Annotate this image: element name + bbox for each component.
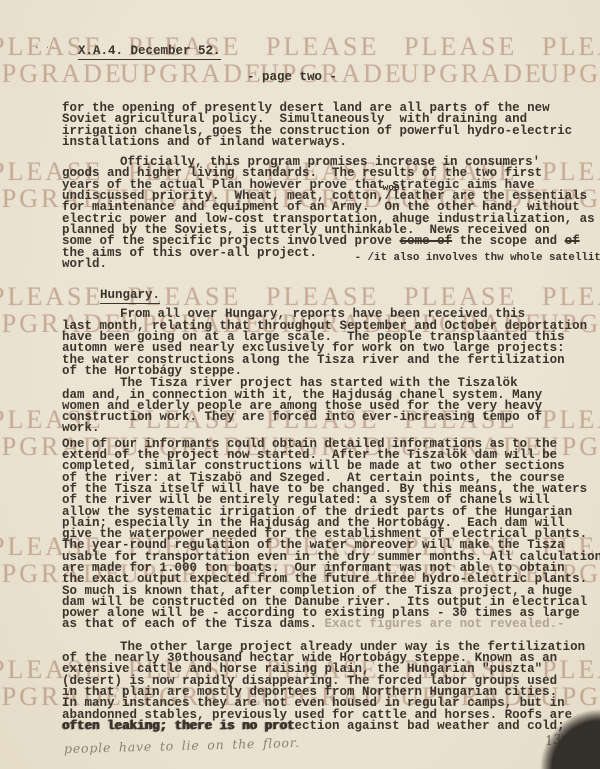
document-reference-header: X.A.4. December 52.: [78, 44, 221, 60]
handwritten-note: people have to lie on the floor.: [64, 735, 300, 756]
paragraph: From all over Hungary, reports have been…: [62, 309, 600, 377]
document-body: for the opening of presently desert land…: [62, 103, 600, 732]
paragraph: for the opening of presently desert land…: [62, 103, 600, 148]
typed-insertion: wool: [383, 182, 406, 193]
paragraph: The Tisza river project has started with…: [62, 378, 600, 434]
corner-marks: · ··: [34, 43, 56, 53]
paragraph: Officially, this program promises increa…: [62, 157, 600, 270]
paragraph: One of our informants could obtain detai…: [62, 439, 600, 631]
document-content: · ·· X.A.4. December 52. - page two - fo…: [0, 0, 600, 769]
section-heading: Hungary.: [62, 290, 600, 301]
paragraph: The other large project already under wa…: [62, 642, 600, 732]
text-line: work.: [62, 423, 600, 434]
scanned-document-page: PLEASEPLEASEPLEASEPLEASEPLEASEUPGRADEUPG…: [0, 0, 600, 769]
text-line: as that of each of the Tisza dams. Exact…: [62, 619, 600, 630]
page-label: - page two -: [247, 70, 337, 84]
text-line: construction work. They are forced into …: [62, 412, 600, 423]
text-line: installations and of inland waterways.: [62, 137, 600, 148]
text-line: Hungary.: [62, 290, 600, 301]
text-line: often leaking; there is no protection ag…: [62, 721, 600, 732]
text-line: the aims of this over-all project. - /it…: [62, 248, 600, 259]
page-number: 13.: [544, 732, 567, 750]
